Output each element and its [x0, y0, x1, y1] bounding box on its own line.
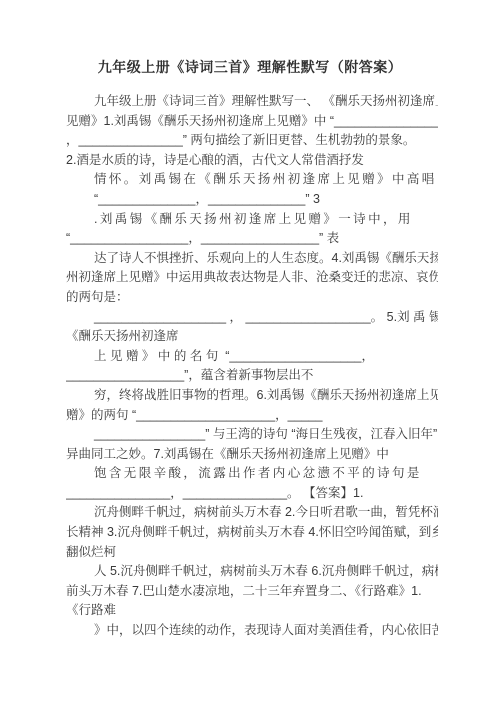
text-line: 2.酒是水质的诗，诗是心酿的酒，古代文人常借酒抒发 — [66, 151, 438, 171]
text-line: 州初逢席上见赠》中运用典故表达物是人非、沧桑变迁的悲凉、哀伤 — [66, 268, 438, 288]
text-line: ，_______________” 两句描绘了新旧更替、生机勃勃的景象。 — [66, 131, 438, 151]
text-line: 达了诗人不惧挫折、乐观向上的人生态度。4.刘禹锡《酬乐天扬 — [66, 249, 438, 269]
document-body: 九年级上册《诗词三首》理解性默写一、 《酬乐天扬州初逢席上见赠》1.刘禹锡《酬乐… — [66, 92, 438, 641]
text-line: 人 5.沉舟侧畔千帆过，病树前头万木春 6.沉舟侧畔千帆过，病树 — [66, 562, 438, 582]
page-title: 九年级上册《诗词三首》理解性默写（附答案） — [0, 0, 500, 77]
text-line: 饱含无限辛酸，流露出作者内心忿懑不平的诗句是 — [66, 464, 438, 484]
text-line: 前头万木春 7.巴山楚水凄凉地，二十三年弃置身二、《行路难》1. — [66, 582, 438, 602]
text-line: ___________________ ， __________________… — [66, 308, 438, 328]
text-line: 翻似烂柯 — [66, 543, 438, 563]
text-line: 赠》的两句 “____________________，_____ — [66, 406, 438, 426]
text-line: _________________”，蕴含着新事物层出不 — [66, 366, 438, 386]
text-line: 上 见 赠 》 中 的 名 句 “___________________， — [66, 347, 438, 367]
text-line: 情怀。刘禹锡在《酬乐天扬州初逢席上见赠》中高唱 — [66, 170, 438, 190]
text-line: 的两句是： — [66, 288, 438, 308]
text-line: 长精神 3.沉舟侧畔千帆过，病树前头万木春 4.怀旧空吟闻笛赋，到乡 — [66, 523, 438, 543]
text-line: 《行路难 — [66, 601, 438, 621]
text-line: ________________” 与王湾的诗句 “海日生残夜，江春入旧年” 有 — [66, 425, 438, 445]
text-line: 异曲同工之妙。7.刘禹锡在《酬乐天扬州初逢席上见赠》中 — [66, 445, 438, 465]
text-line: 九年级上册《诗词三首》理解性默写一、 《酬乐天扬州初逢席上 — [66, 92, 438, 112]
text-line: “_________________，_________________” 表 — [66, 229, 438, 249]
text-line: .刘禹锡《酬乐天扬州初逢席上见赠》一诗中，用 — [66, 210, 438, 230]
text-line: 沉舟侧畔千帆过，病树前头万木春 2.今日听君歌一曲，暂凭杯酒 — [66, 503, 438, 523]
text-line: _______________，_______________。 【答案】1. — [66, 484, 438, 504]
document-page: 九年级上册《诗词三首》理解性默写（附答案） 九年级上册《诗词三首》理解性默写一、… — [0, 0, 500, 707]
text-line: 穷，终将战胜旧事物的哲理。6.刘禹锡《酬乐天扬州初逢席上见 — [66, 386, 438, 406]
text-line: “______________，______________” 3 — [66, 190, 438, 210]
text-line: 《酬乐天扬州初逢席 — [66, 327, 438, 347]
text-line: 见赠》1.刘禹锡《酬乐天扬州初逢席上见赠》中 “________________… — [66, 112, 438, 132]
text-line: 》中，以四个连续的动作，表现诗人面对美酒佳肴，内心依旧苦 — [66, 621, 438, 641]
